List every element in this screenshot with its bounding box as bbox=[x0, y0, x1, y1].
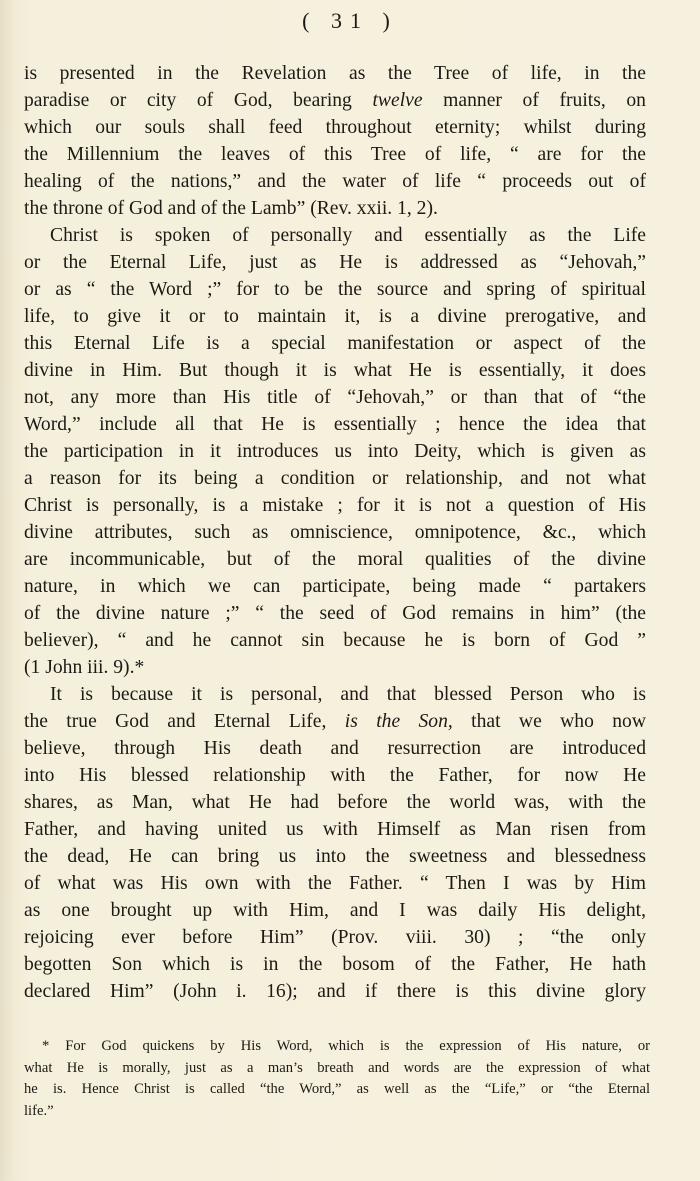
text-line: nature, in which we can participate, bei… bbox=[24, 573, 646, 600]
text-line: is presented in the Revelation as the Tr… bbox=[24, 60, 646, 87]
text-line: begotten Son which is in the bosom of th… bbox=[24, 951, 646, 978]
text-line: a reason for its being a condition or re… bbox=[24, 465, 646, 492]
paragraph-3: It is because it is personal, and that b… bbox=[24, 681, 646, 1005]
text-line: Word,” include all that He is essentiall… bbox=[24, 411, 646, 438]
footnote-line: life.” bbox=[24, 1101, 650, 1123]
text-line: the throne of God and of the Lamb” (Rev.… bbox=[24, 195, 646, 222]
text-line: or the Eternal Life, just as He is addre… bbox=[24, 249, 646, 276]
text-line: the Millennium the leaves of this Tree o… bbox=[24, 141, 646, 168]
text-line: the participation in it introduces us in… bbox=[24, 438, 646, 465]
text-line: of what was His own with the Father. “ T… bbox=[24, 870, 646, 897]
footnote-line: what He is morally, just as a man’s brea… bbox=[24, 1058, 650, 1080]
footnote-line: he is. Hence Christ is called “the Word,… bbox=[24, 1079, 650, 1101]
text-line: the true God and Eternal Life, is the So… bbox=[24, 708, 646, 735]
emphasis-is-the-son: is the Son, bbox=[345, 711, 453, 732]
text-line: Christ is spoken of personally and essen… bbox=[24, 222, 646, 249]
text-line: or as “ the Word ;” for to be the source… bbox=[24, 276, 646, 303]
text-line: Christ is personally, is a mistake ; for… bbox=[24, 492, 646, 519]
text-line: believer), “ and he cannot sin because h… bbox=[24, 627, 646, 654]
paragraph-2: Christ is spoken of personally and essen… bbox=[24, 222, 646, 681]
text-line: divine attributes, such as omniscience, … bbox=[24, 519, 646, 546]
text-line: believe, through His death and resurrect… bbox=[24, 735, 646, 762]
text-line: which our souls shall feed throughout et… bbox=[24, 114, 646, 141]
text-line: rejoicing ever before Him” (Prov. viii. … bbox=[24, 924, 646, 951]
text-line: life, to give it or to maintain it, is a… bbox=[24, 303, 646, 330]
text-line: into His blessed relationship with the F… bbox=[24, 762, 646, 789]
footnote-line: * For God quickens by His Word, which is… bbox=[24, 1036, 650, 1058]
page-number: ( 31 ) bbox=[0, 8, 700, 34]
text-line: are incommunicable, but of the moral qua… bbox=[24, 546, 646, 573]
text-line: this Eternal Life is a special manifesta… bbox=[24, 330, 646, 357]
footnote: * For God quickens by His Word, which is… bbox=[24, 1036, 650, 1122]
text-line: the dead, He can bring us into the sweet… bbox=[24, 843, 646, 870]
text-line: declared Him” (John i. 16); and if there… bbox=[24, 978, 646, 1005]
text-line: divine in Him. But though it is what He … bbox=[24, 357, 646, 384]
text-line: Father, and having united us with Himsel… bbox=[24, 816, 646, 843]
footnote-reference-line: (1 John iii. 9).* bbox=[24, 654, 646, 681]
text-line: paradise or city of God, bearing twelve … bbox=[24, 87, 646, 114]
emphasis-twelve: twelve bbox=[372, 90, 422, 111]
text-line: healing of the nations,” and the water o… bbox=[24, 168, 646, 195]
text-line: shares, as Man, what He had before the w… bbox=[24, 789, 646, 816]
text-line: as one brought up with Him, and I was da… bbox=[24, 897, 646, 924]
text-line: not, any more than His title of “Jehovah… bbox=[24, 384, 646, 411]
text-line: of the divine nature ;” “ the seed of Go… bbox=[24, 600, 646, 627]
paragraph-1: is presented in the Revelation as the Tr… bbox=[24, 60, 646, 222]
body-text: is presented in the Revelation as the Tr… bbox=[24, 60, 646, 1005]
text-line: It is because it is personal, and that b… bbox=[24, 681, 646, 708]
